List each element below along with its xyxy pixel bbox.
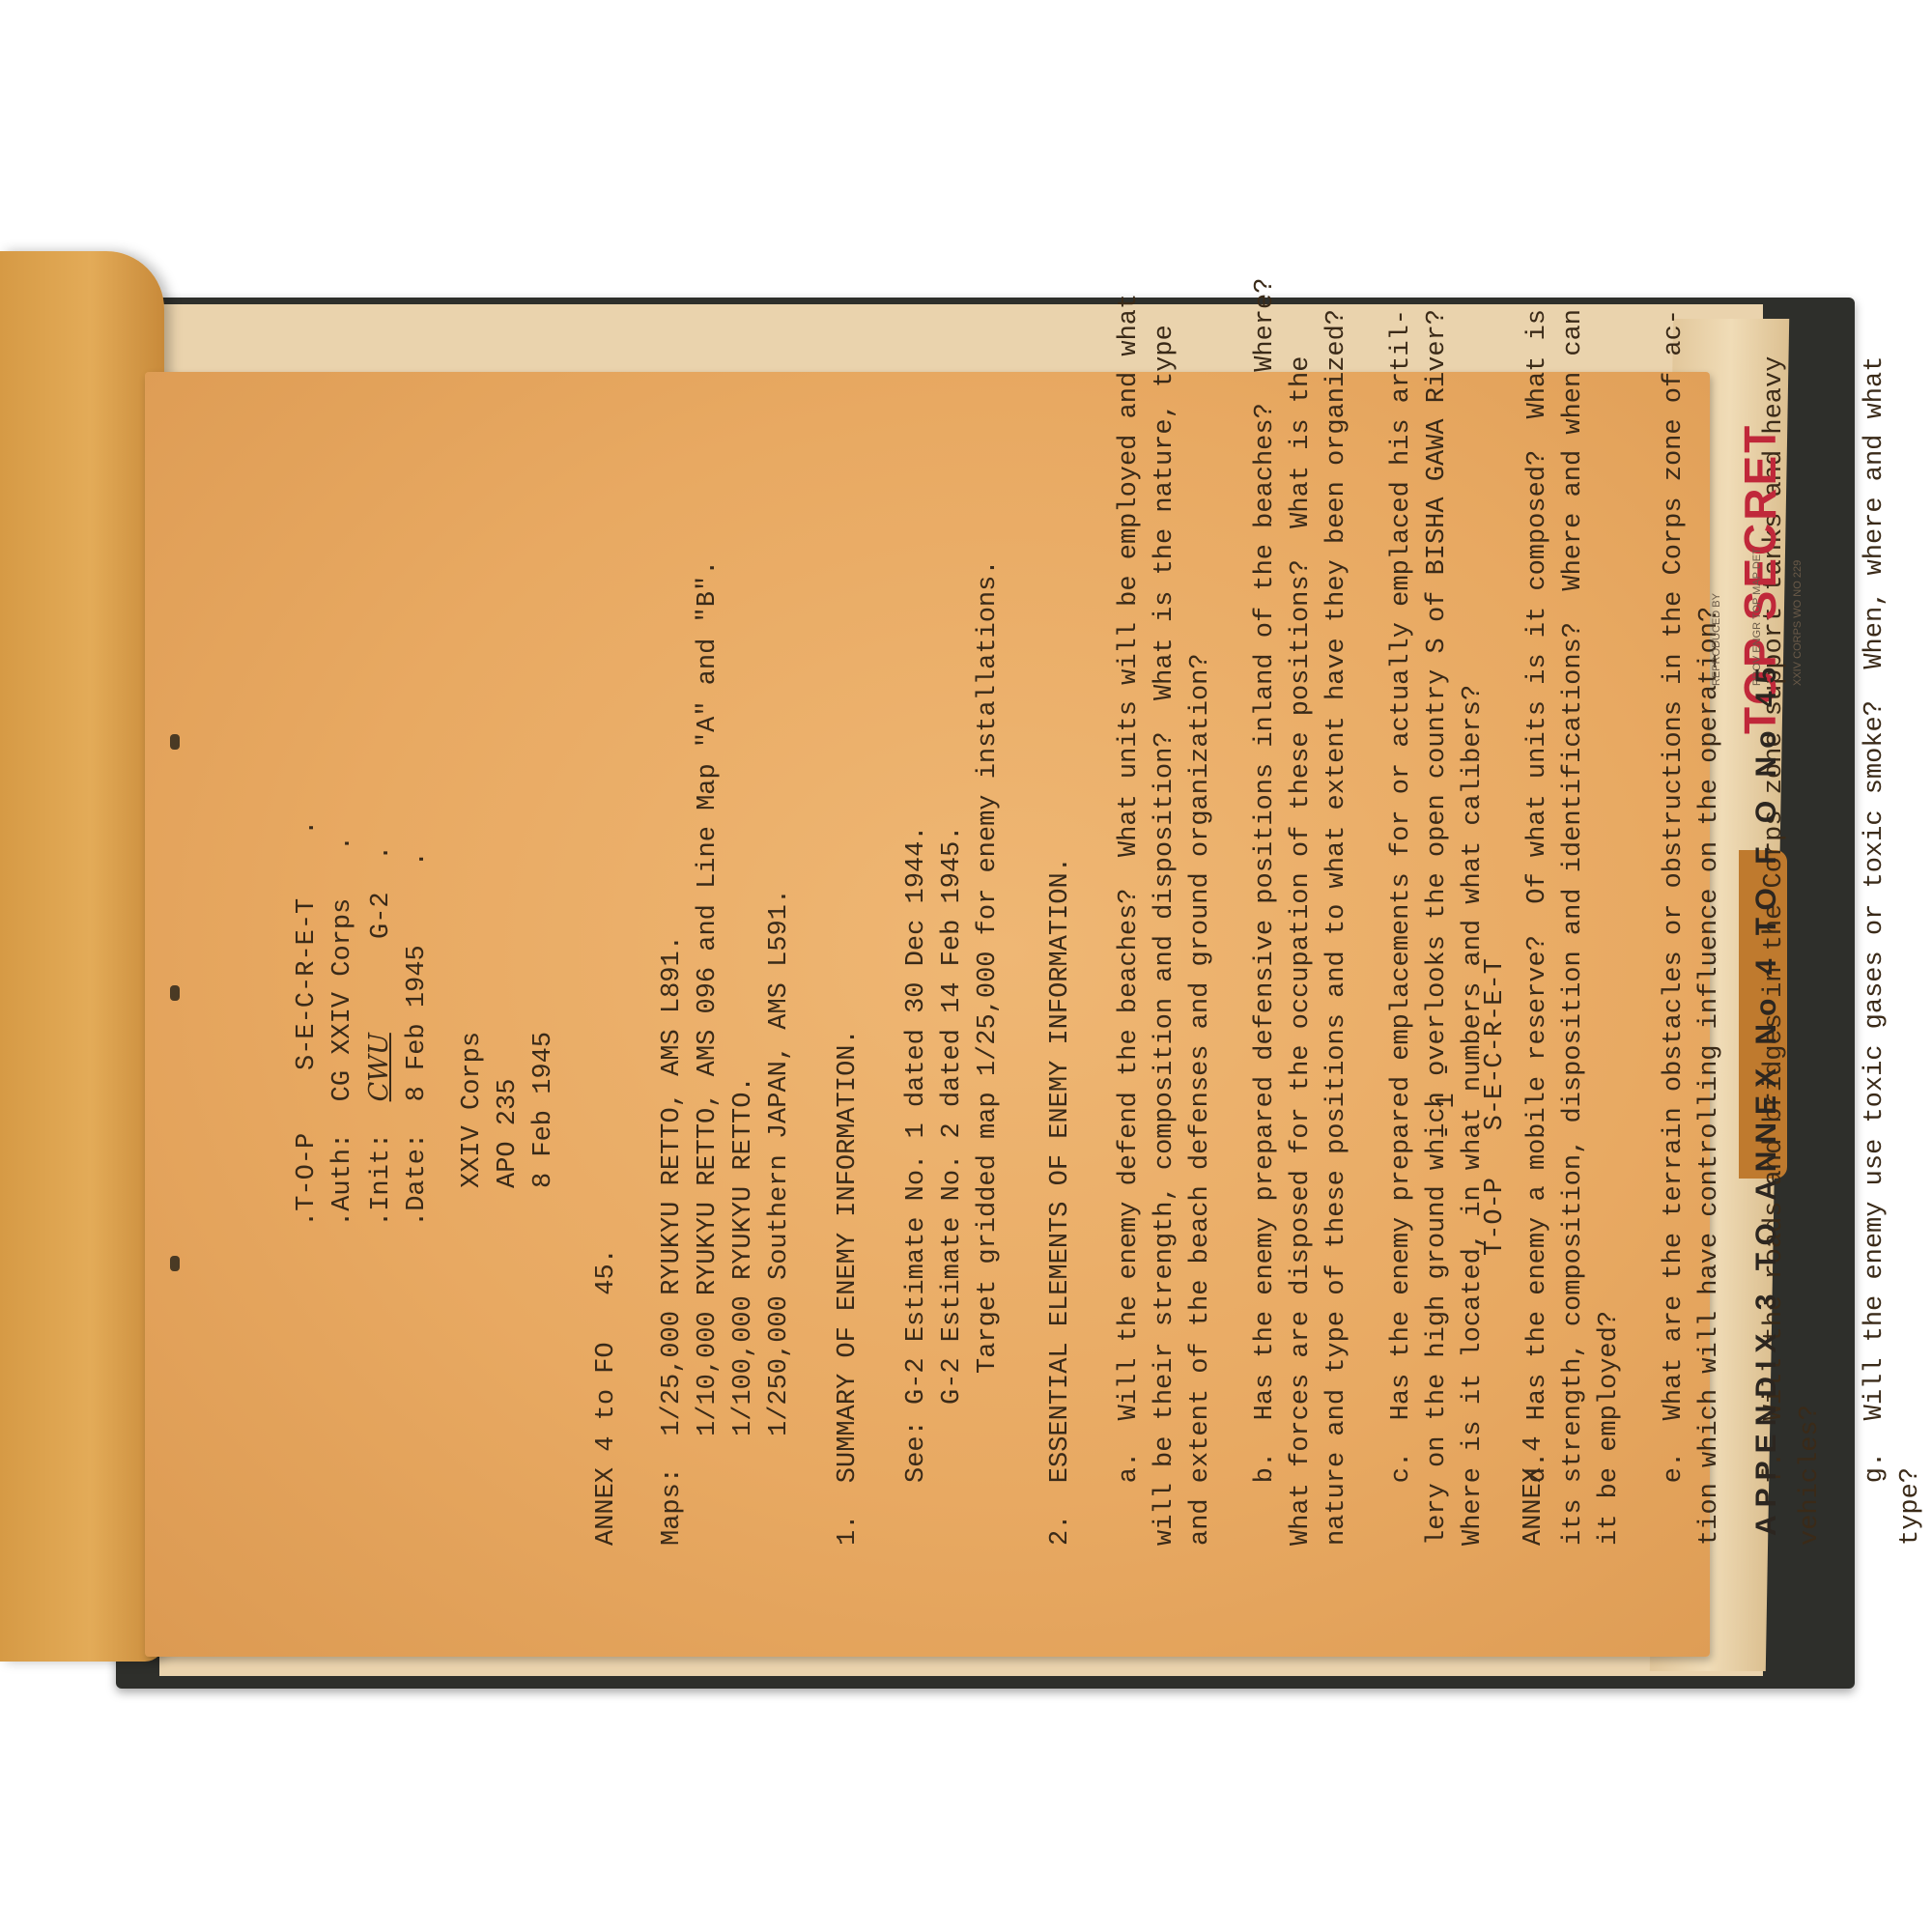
eei-item: e. What are the terrain obstacles or obs…	[1657, 278, 1728, 1546]
map-entry: 1/25,000 RYUKYU RETTO, AMS L891.	[658, 935, 687, 1435]
folded-left-page	[0, 251, 164, 1662]
maps-block: Maps: 1/25,000 RYUKYU RETTO, AMS L891. 1…	[655, 560, 798, 1546]
init-label: .Init:	[367, 1133, 396, 1227]
eei-item: g. Will the enemy use toxic gases or tox…	[1858, 278, 1929, 1546]
eei-line: vehicles?	[1793, 278, 1829, 1546]
eei-line: it be employed?	[1592, 278, 1628, 1546]
eei-line: a. Will the enemy defend the beaches? Wh…	[1112, 278, 1148, 1546]
envelope-label: APPENDIX 3 TO ANNEX No 4 TO F O No 45	[1750, 660, 1783, 1536]
org-line: 8 Feb 1945	[526, 820, 562, 1227]
reference-line: Target gridded map 1/25,000 for enemy in…	[971, 559, 1007, 1546]
auth-value: CG XXIV Corps	[328, 898, 357, 1102]
eei-item: a. Will the enemy defend the beaches? Wh…	[1112, 278, 1219, 1546]
top-label: .T-O-P	[293, 1133, 322, 1227]
maps-label: Maps:	[658, 1467, 687, 1546]
document-title: ANNEX 4 to FO 45.	[589, 1248, 625, 1546]
eei-item: c. Has the enemy prepared emplacements f…	[1384, 278, 1492, 1546]
init-unit: G-2	[367, 892, 396, 939]
section-2: 2. ESSENTIAL ELEMENTS OF ENEMY INFORMATI…	[1043, 278, 1932, 1546]
eei-line: d. Has the enemy a mobile reserve? Of wh…	[1520, 278, 1556, 1546]
eei-line: its strength, composition, disposition a…	[1556, 278, 1592, 1546]
punch-hole	[170, 1256, 180, 1271]
eei-line: e. What are the terrain obstacles or obs…	[1657, 278, 1692, 1546]
footer-classification: T-O-P S-E-C-R-E-T	[1478, 958, 1514, 1256]
map-entry: 1/250,000 Southern JAPAN, AMS L591.	[762, 560, 798, 1546]
punch-hole	[170, 985, 180, 1001]
eei-line: lery on the high ground which overlooks …	[1420, 278, 1456, 1546]
section-heading: 1. SUMMARY OF ENEMY INFORMATION.	[831, 559, 867, 1546]
photo-scene: .T-O-P S-E-C-R-E-T . .Auth: CG XXIV Corp…	[0, 0, 1932, 1932]
eei-line: c. Has the enemy prepared emplacements f…	[1384, 278, 1420, 1546]
punch-hole	[170, 734, 180, 750]
eei-item: d. Has the enemy a mobile reserve? Of wh…	[1520, 278, 1628, 1546]
eei-item: b. Has the enemy prepared defensive posi…	[1248, 278, 1355, 1546]
stamp-line: REPRODUCED BY	[1710, 548, 1723, 686]
eei-line: will be their strength, composition and …	[1148, 278, 1183, 1546]
document-text: .T-O-P S-E-C-R-E-T . .Auth: CG XXIV Corp…	[290, 522, 1546, 1546]
eei-list: a. Will the enemy defend the beaches? Wh…	[1112, 278, 1929, 1546]
eei-line: nature and type of these positions and t…	[1320, 278, 1355, 1546]
org-line: APO 235	[491, 820, 526, 1227]
eei-line: tion which will have controlling influen…	[1692, 278, 1728, 1546]
classification-box: .T-O-P S-E-C-R-E-T . .Auth: CG XXIV Corp…	[290, 820, 562, 1227]
eei-line: and extent of the beach defenses and gro…	[1183, 278, 1219, 1546]
map-entry: 1/10,000 RYUKYU RETTO, AMS 096 and Line …	[691, 560, 726, 1546]
eei-line: type?	[1893, 278, 1929, 1546]
page-number: - 1 -	[1430, 1062, 1465, 1140]
reference-line: G-2 Estimate No. 1 dated 30 Dec 1944.	[902, 825, 931, 1405]
initials-signature: CWU	[364, 1033, 394, 1101]
eei-line: b. Has the enemy prepared defensive posi…	[1248, 278, 1284, 1546]
eei-line: g. Will the enemy use toxic gases or tox…	[1858, 278, 1893, 1546]
footer-annex: ANNEX 4	[1517, 1436, 1552, 1546]
reference-line: G-2 Estimate No. 2 dated 14 Feb 1945.	[935, 559, 971, 1546]
auth-label: .Auth:	[328, 1133, 357, 1227]
date-label: .Date:	[403, 1133, 432, 1227]
org-line: XXIV Corps	[455, 820, 491, 1227]
eei-line: What forces are disposed for the occupat…	[1284, 278, 1320, 1546]
see-label: See:	[902, 1420, 931, 1483]
map-entry: 1/100,000 RYUKYU RETTO.	[726, 560, 762, 1546]
date-value: 8 Feb 1945	[403, 945, 432, 1101]
section-heading: 2. ESSENTIAL ELEMENTS OF ENEMY INFORMATI…	[1043, 278, 1079, 1546]
eei-line: Where is it located, in what numbers and…	[1456, 278, 1492, 1546]
stamp-line: XXIV CORPS WO NO 229	[1791, 548, 1804, 686]
secret-label: S-E-C-R-E-T	[293, 898, 322, 1070]
section-1: 1. SUMMARY OF ENEMY INFORMATION. See: G-…	[831, 559, 1007, 1546]
